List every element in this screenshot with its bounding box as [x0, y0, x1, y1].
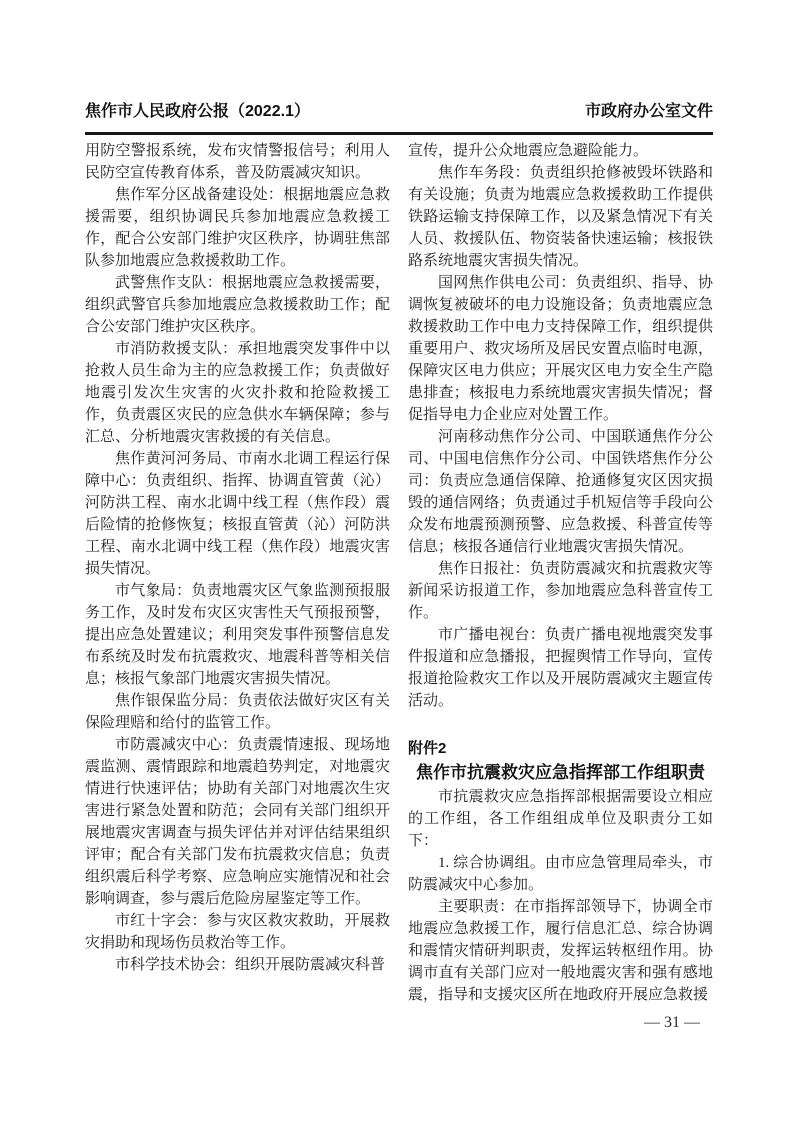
body-paragraph: 焦作军分区战备建设处：根据地震应急救援需要，组织协调民兵参加地震应急救援工作，配…	[85, 184, 390, 272]
body-paragraph: 市红十字会：参与灾区救灾救助，开展救灾捐助和现场伤员救治等工作。	[85, 910, 390, 954]
body-paragraph: 河南移动焦作分公司、中国联通焦作分公司、中国电信焦作分公司、中国铁塔焦作分公司：…	[408, 426, 713, 558]
body-paragraph: 武警焦作支队：根据地震应急救援需要，组织武警官兵参加地震应急救援救助工作；配合公…	[85, 272, 390, 338]
body-paragraph: 焦作银保监分局：负责依法做好灾区有关保险理赔和给付的监管工作。	[85, 690, 390, 734]
left-column: 用防空警报系统，发布灾情警报信号；利用人民防空宣传教育体系，普及防震减灾知识。 …	[85, 140, 390, 1006]
document-category: 市政府办公室文件	[585, 102, 713, 122]
document-page: 焦作市人民政府公报（2022.1） 市政府办公室文件 用防空警报系统，发布灾情警…	[0, 0, 793, 1122]
body-paragraph: 主要职责：在市指挥部领导下，协调全市地震应急救援工作，履行信息汇总、综合协调和震…	[408, 896, 713, 1006]
body-paragraph: 宣传，提升公众地震应急避险能力。	[408, 140, 713, 162]
body-paragraph: 1. 综合协调组。由市应急管理局牵头，市防震减灾中心参加。	[408, 852, 713, 896]
page-number: — 31 —	[644, 1012, 700, 1034]
gazette-title: 焦作市人民政府公报（2022.1）	[85, 102, 310, 122]
page-header: 焦作市人民政府公报（2022.1） 市政府办公室文件	[85, 102, 713, 122]
body-paragraph: 焦作日报社：负责防震减灾和抗震救灾等新闻采访报道工作，参加地震应急科普宣传工作。	[408, 558, 713, 624]
body-paragraph: 用防空警报系统，发布灾情警报信号；利用人民防空宣传教育体系，普及防震减灾知识。	[85, 140, 390, 184]
body-paragraph: 市科学技术协会：组织开展防震减灾科普	[85, 954, 390, 976]
attachment-label: 附件2	[408, 738, 713, 760]
body-paragraph: 市消防救援支队：承担地震突发事件中以抢救人员生命为主的应急救援工作；负责做好地震…	[85, 338, 390, 448]
right-column: 宣传，提升公众地震应急避险能力。 焦作车务段：负责组织抢修被毁坏铁路和有关设施；…	[408, 140, 713, 1006]
header-rule	[85, 132, 713, 135]
body-paragraph: 焦作车务段：负责组织抢修被毁坏铁路和有关设施；负责为地震应急救援救助工作提供铁路…	[408, 162, 713, 272]
body-paragraph: 焦作黄河河务局、市南水北调工程运行保障中心：负责组织、指挥、协调直管黄（沁）河防…	[85, 448, 390, 580]
body-columns: 用防空警报系统，发布灾情警报信号；利用人民防空宣传教育体系，普及防震减灾知识。 …	[85, 140, 713, 1006]
body-paragraph: 市广播电视台：负责广播电视地震突发事件报道和应急播报，把握舆情工作导向，宣传报道…	[408, 624, 713, 712]
body-paragraph: 市气象局：负责地震灾区气象监测预报服务工作，及时发布灾区灾害性天气预报预警，提出…	[85, 580, 390, 690]
body-paragraph: 国网焦作供电公司：负责组织、指导、协调恢复被破坏的电力设施设备；负责地震应急救援…	[408, 272, 713, 426]
body-paragraph: 市防震减灾中心：负责震情速报、现场地震监测、震情跟踪和地震趋势判定，对地震灾情进…	[85, 734, 390, 910]
body-paragraph: 市抗震救灾应急指挥部根据需要设立相应的工作组，各工作组组成单位及职责分工如下：	[408, 786, 713, 852]
attachment-title: 焦作市抗震救灾应急指挥部工作组职责	[408, 760, 713, 786]
